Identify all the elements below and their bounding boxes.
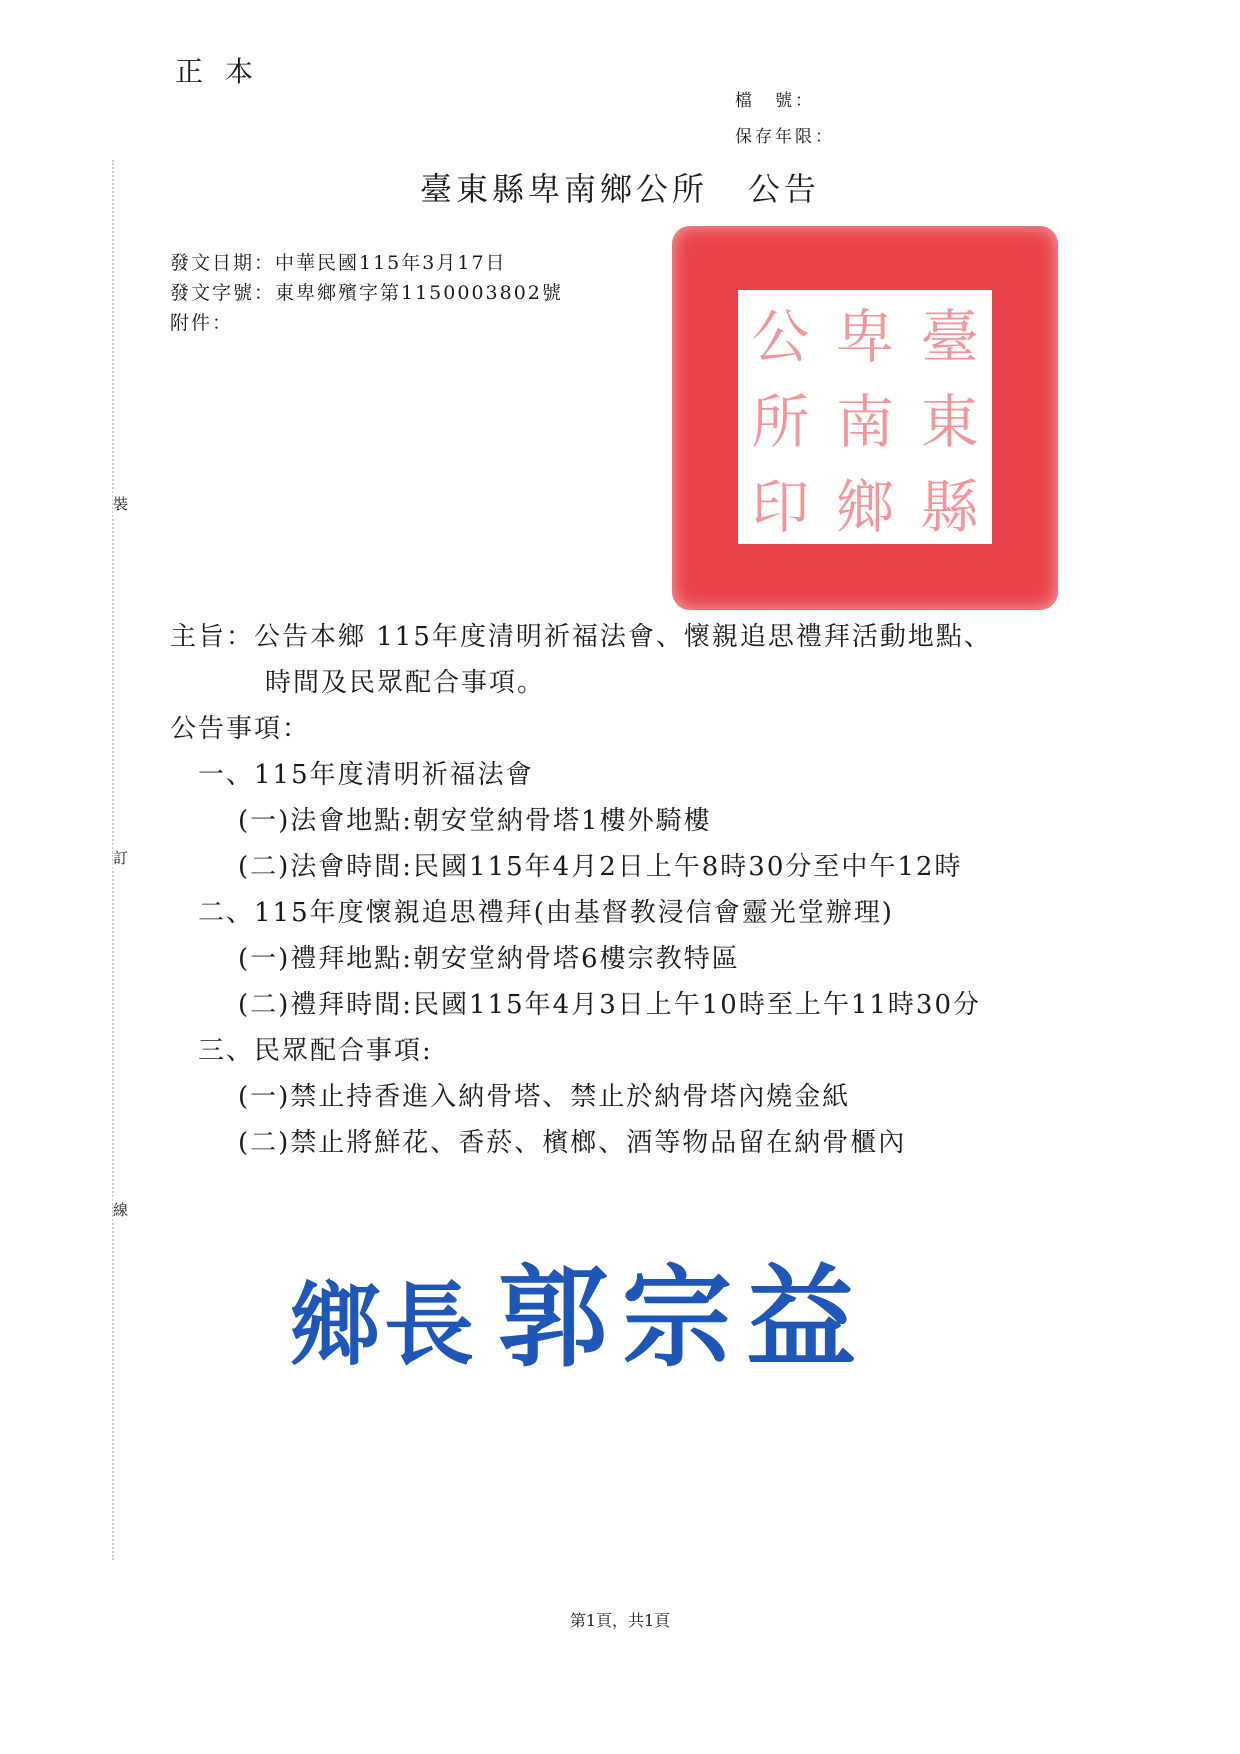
item-title: 一、115年度清明祈福法會: [170, 752, 981, 798]
binding-mark-zhuang: 裝: [113, 490, 128, 517]
item-detail: (二)法會時間:民國115年4月2日上午8時30分至中午12時: [170, 844, 981, 890]
document-title: 臺東縣卑南鄉公所公告: [420, 164, 820, 210]
item-detail: (一)禁止持香進入納骨塔、禁止於納骨塔內燒金紙: [170, 1074, 981, 1120]
seal-characters: 臺 東 縣 卑 南 鄉 公 所 印: [738, 290, 992, 544]
item-detail: (二)禮拜時間:民國115年4月3日上午10時至上午11時30分: [170, 982, 981, 1028]
attachment-label: 附件：: [170, 308, 563, 338]
retention-label: 保存年限：: [735, 122, 835, 147]
mayor-signature-stamp: 鄉長郭宗益: [290, 1230, 870, 1388]
seal-char: 南: [823, 375, 908, 460]
seal-char: 臺: [907, 290, 992, 375]
page-footer: 第1頁，共1頁: [0, 1608, 1240, 1631]
announcement-body: 公告事項： 一、115年度清明祈福法會 (一)法會地點:朝安堂納骨塔1樓外騎樓 …: [170, 706, 981, 1166]
seal-char: 東: [907, 375, 992, 460]
item-detail: (一)禮拜地點:朝安堂納骨塔6樓宗教特區: [170, 936, 981, 982]
item-title: 二、115年度懷親追思禮拜(由基督教浸信會靈光堂辦理): [170, 890, 981, 936]
seal-char: 所: [738, 375, 823, 460]
document-header-info: 發文日期：中華民國115年3月17日 發文字號：東卑鄉殯字第1150003802…: [170, 248, 563, 338]
binding-mark-xian: 線: [113, 1196, 128, 1223]
item-detail: (一)法會地點:朝安堂納骨塔1樓外騎樓: [170, 798, 981, 844]
document-type: 公告: [748, 170, 820, 208]
item-title: 三、民眾配合事項:: [170, 1028, 981, 1074]
seal-char: 公: [738, 290, 823, 375]
subject-line-2: 時間及民眾配合事項。: [170, 660, 992, 706]
seal-char: 印: [738, 459, 823, 544]
binding-mark-ding: 訂: [113, 844, 128, 871]
signature-name: 郭宗益: [498, 1253, 870, 1382]
seal-char: 縣: [907, 459, 992, 544]
issue-date: 發文日期：中華民國115年3月17日: [170, 248, 563, 278]
seal-char: 鄉: [823, 459, 908, 544]
issuing-agency: 臺東縣卑南鄉公所: [420, 170, 708, 208]
subject: 主旨：公告本鄉 115年度清明祈福法會、懷親追思禮拜活動地點、 時間及民眾配合事…: [170, 614, 992, 706]
seal-char: 卑: [823, 290, 908, 375]
item-detail: (二)禁止將鮮花、香菸、檳榔、酒等物品留在納骨櫃內: [170, 1120, 981, 1166]
subject-line-1: 主旨：公告本鄉 115年度清明祈福法會、懷親追思禮拜活動地點、: [170, 614, 992, 660]
announcement-heading: 公告事項：: [170, 706, 981, 752]
issue-number: 發文字號：東卑鄉殯字第1150003802號: [170, 278, 563, 308]
archive-number-label: 檔 號：: [735, 86, 815, 111]
copy-label: 正本: [175, 50, 275, 90]
signature-title: 鄉長: [290, 1272, 478, 1378]
official-seal: 臺 東 縣 卑 南 鄉 公 所 印: [672, 226, 1058, 610]
